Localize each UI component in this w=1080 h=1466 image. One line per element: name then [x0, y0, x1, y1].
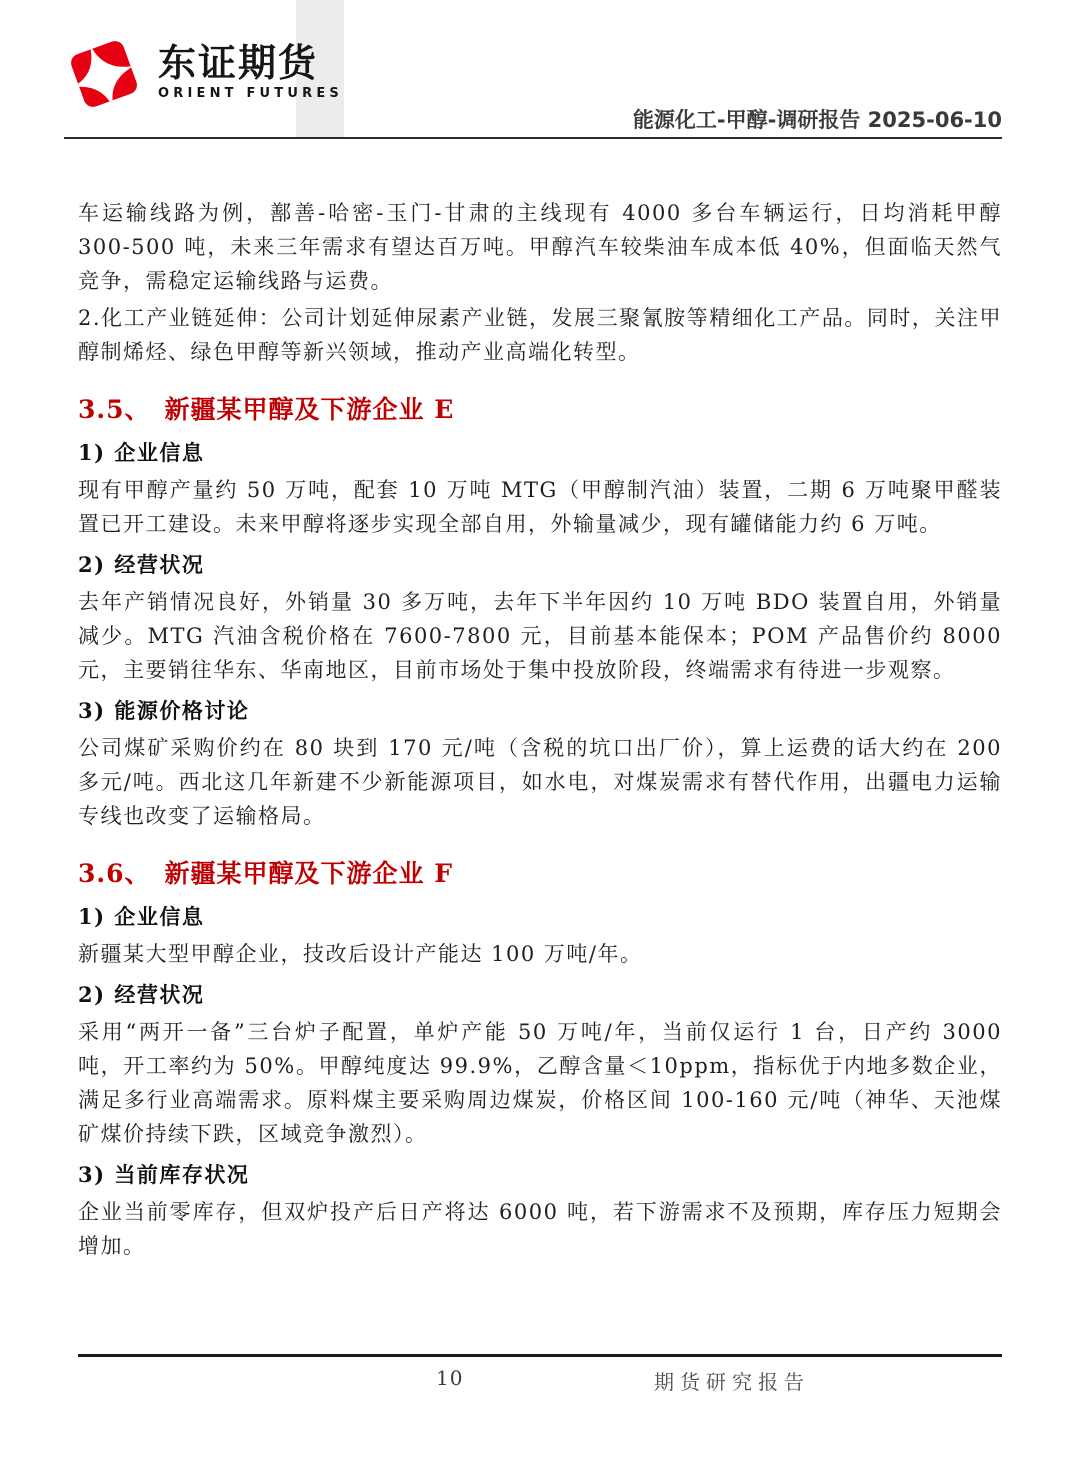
logo-text: 东证期货 ORIENT FUTURES [158, 32, 343, 101]
paragraph-inventory: 企业当前零库存，但双炉投产后日产将达 6000 吨，若下游需求不及预期，库存压力… [78, 1195, 1002, 1263]
footer-report-type: 期货研究报告 [654, 1366, 810, 1395]
logo-cn-text: 东证期货 [158, 41, 318, 85]
section-number: 3.6、 [78, 859, 151, 888]
orient-futures-logo: 东证期货 ORIENT FUTURES [62, 32, 343, 116]
paragraph-company-info-f: 新疆某大型甲醇企业，技改后设计产能达 100 万吨/年。 [78, 937, 1002, 971]
subsection-heading-operations-f: 2) 经营状况 [78, 978, 1002, 1012]
section-heading-3-6: 3.6、新疆某甲醇及下游企业 F [78, 855, 1002, 893]
header-rule [64, 137, 1002, 139]
section-heading-3-5: 3.5、新疆某甲醇及下游企业 E [78, 391, 1002, 429]
paragraph-operations-f: 采用“两开一备”三台炉子配置，单炉产能 50 万吨/年，当前仅运行 1 台，日产… [78, 1015, 1002, 1151]
page-number: 10 [436, 1366, 463, 1390]
header-doc-title: 能源化工-甲醇-调研报告 2025-06-10 [633, 104, 1002, 134]
logo-en-text: ORIENT FUTURES [158, 86, 343, 101]
footer-rule [78, 1354, 1002, 1357]
paragraph-operations: 去年产销情况良好，外销量 30 多万吨，去年下半年因约 10 万吨 BDO 装置… [78, 585, 1002, 687]
paragraph-energy-price: 公司煤矿采购价约在 80 块到 170 元/吨（含税的坑口出厂价），算上运费的话… [78, 731, 1002, 833]
paragraph-transport: 车运输线路为例，鄯善-哈密-玉门-甘肃的主线现有 4000 多台车辆运行，日均消… [78, 196, 1002, 298]
report-body: 车运输线路为例，鄯善-哈密-玉门-甘肃的主线现有 4000 多台车辆运行，日均消… [78, 196, 1002, 1350]
subsection-heading-company-info-f: 1) 企业信息 [78, 900, 1002, 934]
subsection-heading-inventory: 3) 当前库存状况 [78, 1158, 1002, 1192]
section-title-text: 新疆某甲醇及下游企业 E [165, 395, 455, 424]
section-title-text: 新疆某甲醇及下游企业 F [165, 859, 453, 888]
report-page: 东证期货 ORIENT FUTURES 能源化工-甲醇-调研报告 2025-06… [0, 0, 1080, 1466]
paragraph-chemical-chain: 2.化工产业链延伸：公司计划延伸尿素产业链，发展三聚氰胺等精细化工产品。同时，关… [78, 301, 1002, 369]
subsection-heading-energy-price: 3) 能源价格讨论 [78, 694, 1002, 728]
subsection-heading-operations: 2) 经营状况 [78, 548, 1002, 582]
section-number: 3.5、 [78, 395, 151, 424]
paragraph-company-info: 现有甲醇产量约 50 万吨，配套 10 万吨 MTG（甲醇制汽油）装置，二期 6… [78, 473, 1002, 541]
logo-mark-icon [62, 32, 146, 116]
subsection-heading-company-info: 1) 企业信息 [78, 436, 1002, 470]
